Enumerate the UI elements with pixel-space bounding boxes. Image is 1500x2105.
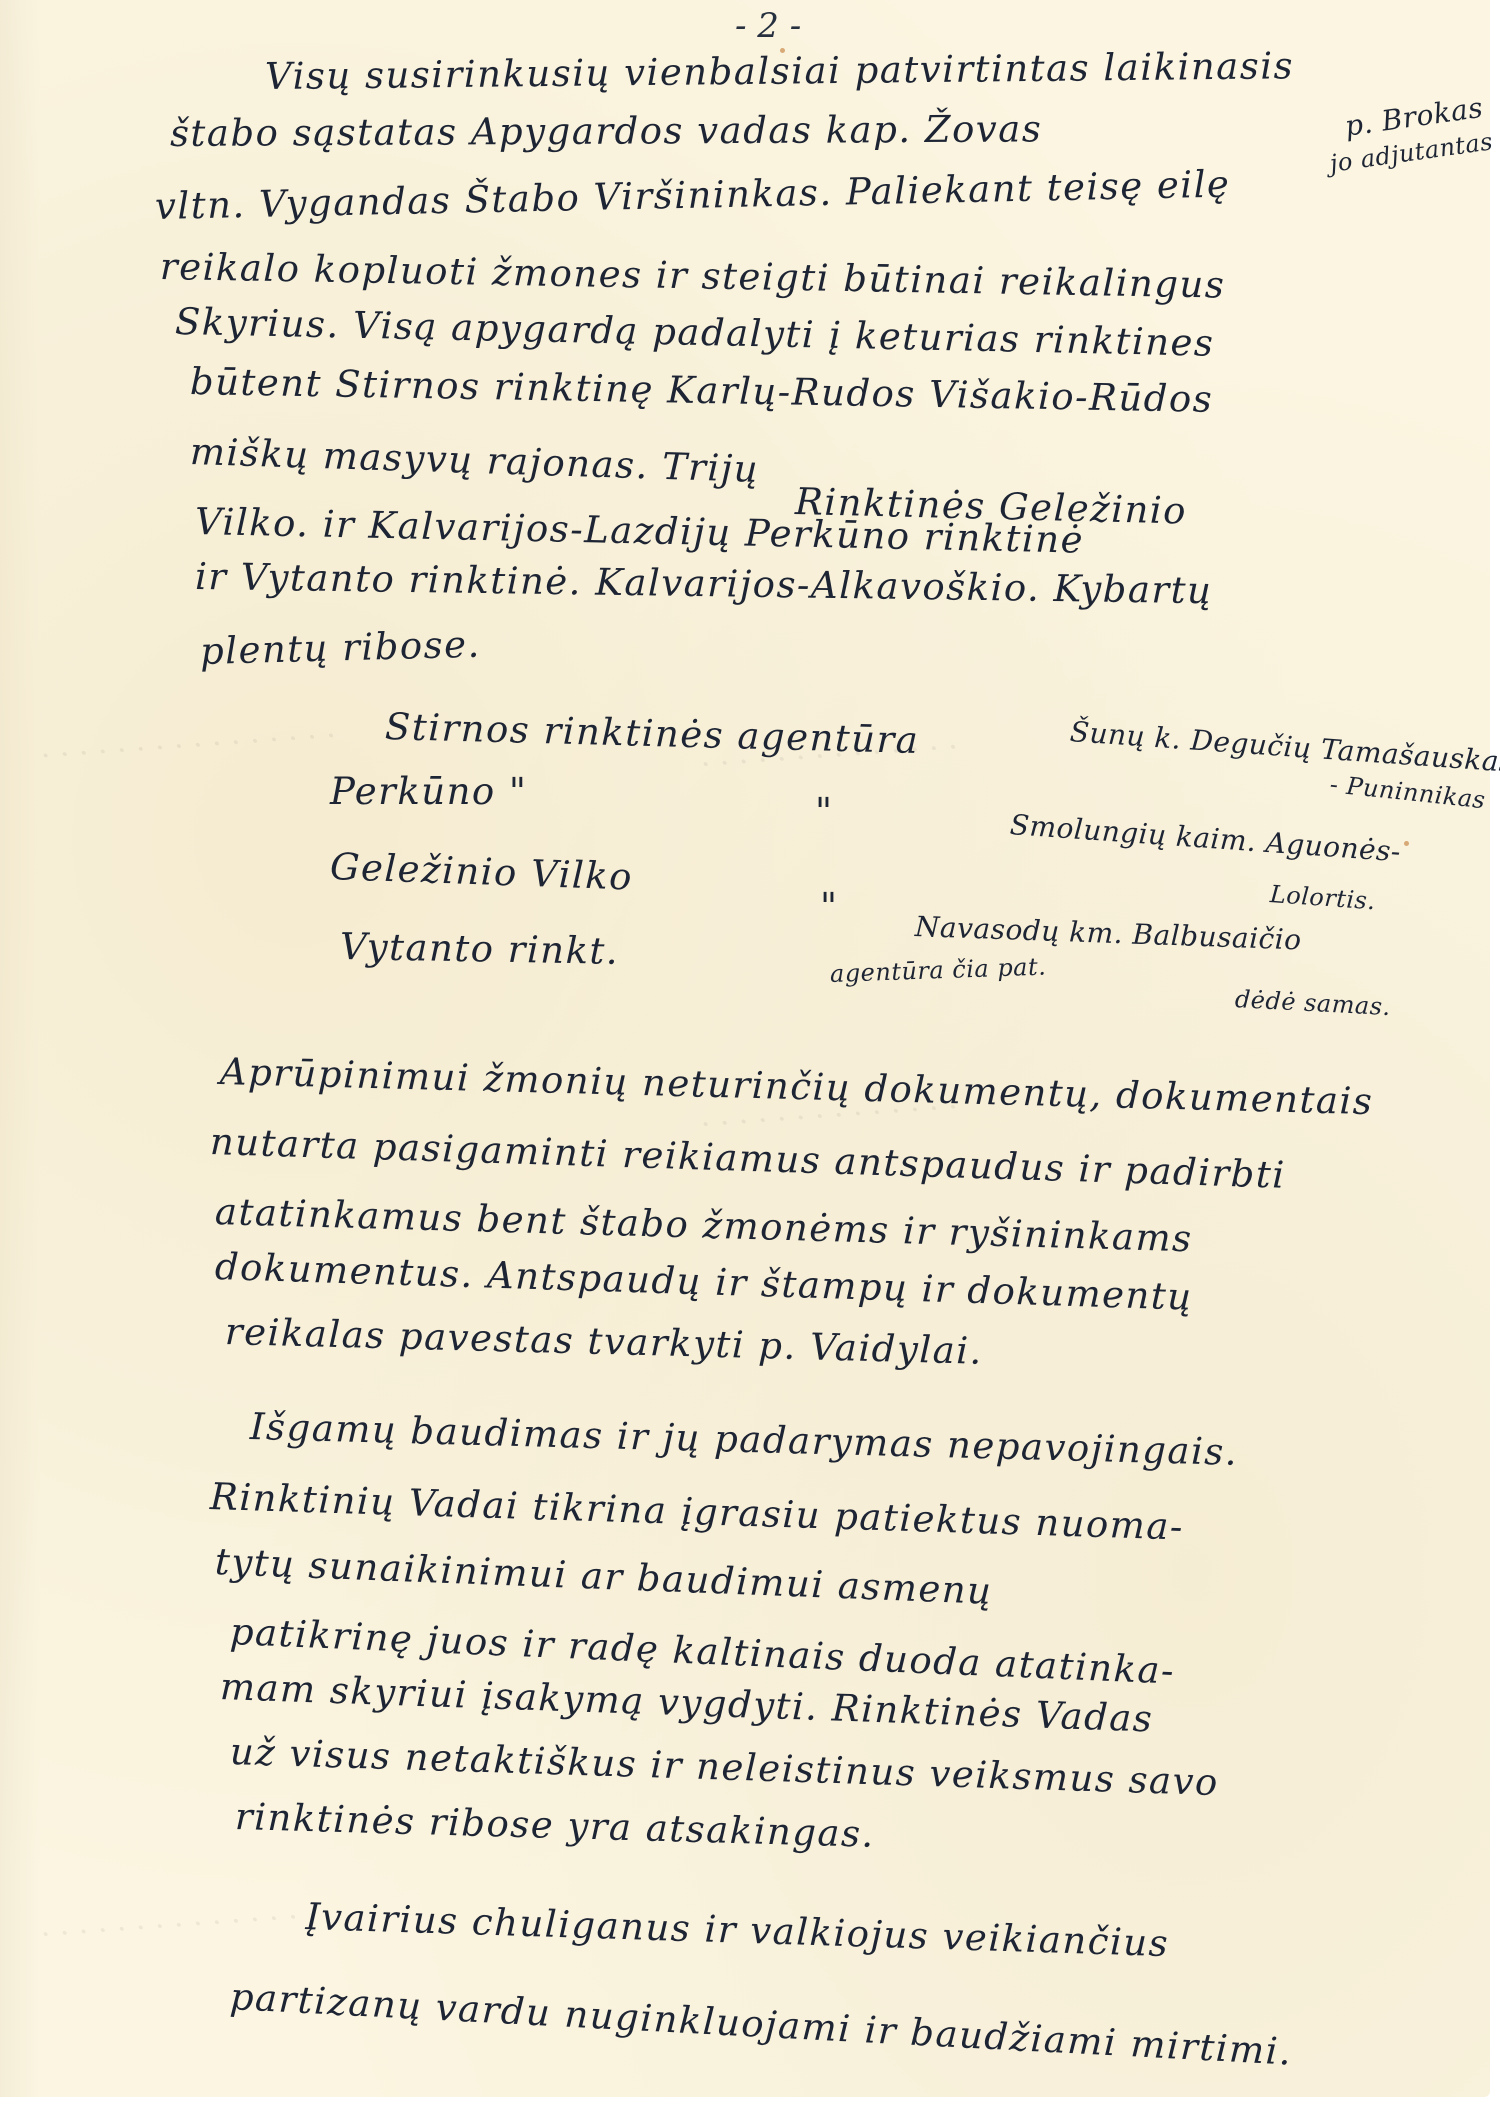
text-line: Išgamų baudimas ir jų padarymas nepavoji… xyxy=(249,1405,1238,1474)
text-line: Skyrius. Visą apygardą padalyti į keturi… xyxy=(175,300,1215,365)
text-line: " xyxy=(820,885,839,928)
text-line: rinktinės ribose yra atsakingas. xyxy=(234,1795,875,1856)
document-page: . . . . . . . . . . . . . . . . . . . . … xyxy=(0,0,1490,2097)
text-line: Visų susirinkusių vienbalsiai patvirtint… xyxy=(265,44,1294,98)
text-line: Vytanto rinkt. xyxy=(340,925,620,973)
text-line: agentūra čia pat. xyxy=(830,952,1047,988)
text-line: Lolortis. xyxy=(1269,880,1376,915)
text-line: nutarta pasigaminti reikiamus antspaudus… xyxy=(209,1120,1286,1197)
text-line: Įvairius chuliganus ir valkiojus veikian… xyxy=(304,1895,1169,1965)
text-line: Stirnos rinktinės agentūra xyxy=(384,705,919,762)
bleed-through-text: . . . . . . . . . . . . . . xyxy=(39,1891,298,1944)
text-line: miškų masyvų rajonas. Trijų xyxy=(189,430,759,491)
text-line: ir Vytanto rinktinė. Kalvarijos-Alkavošk… xyxy=(195,555,1213,612)
text-line: Geležinio Vilko xyxy=(329,845,633,899)
text-line: reikalas pavestas tvarkyti p. Vaidylai. xyxy=(224,1310,983,1373)
text-line: Rinktinių Vadai tikrina įgrasiu patiektu… xyxy=(209,1475,1184,1549)
text-line: tytų sunaikinimui ar baudimui asmenų xyxy=(214,1540,993,1613)
text-line: štabo sąstatas Apygardos vadas kap. Žova… xyxy=(170,107,1043,155)
text-line: Šunų k. Degučių Tamašauskas xyxy=(1069,715,1500,779)
text-line: reikalo kopluoti žmones ir steigti būtin… xyxy=(160,245,1226,307)
text-line: už visus netaktiškus ir neleistinus veik… xyxy=(229,1730,1219,1804)
bleed-through-text: . . . . . . . . . . . . . . . . xyxy=(39,710,336,766)
text-line: " xyxy=(815,790,834,833)
text-line: dėdė samas. xyxy=(1234,985,1391,1021)
text-line: - Puninnikas xyxy=(1329,770,1487,814)
text-line: plentų ribose. xyxy=(199,623,481,673)
paper-stain xyxy=(1404,841,1409,846)
text-line: vltn. Vygandas Štabo Viršininkas. Paliek… xyxy=(155,162,1231,228)
text-line: būtent Stirnos rinktinę Karlų-Rudos Viša… xyxy=(190,360,1214,421)
page-number: - 2 - xyxy=(735,6,801,46)
text-line: Smolungių kaim. Aguonės- xyxy=(1009,808,1402,868)
text-line: partizanų vardu nuginkluojami ir baudžia… xyxy=(229,1975,1293,2074)
text-line: Perkūno " xyxy=(330,770,527,813)
text-line: Navasodų km. Balbusaičio xyxy=(914,910,1302,956)
